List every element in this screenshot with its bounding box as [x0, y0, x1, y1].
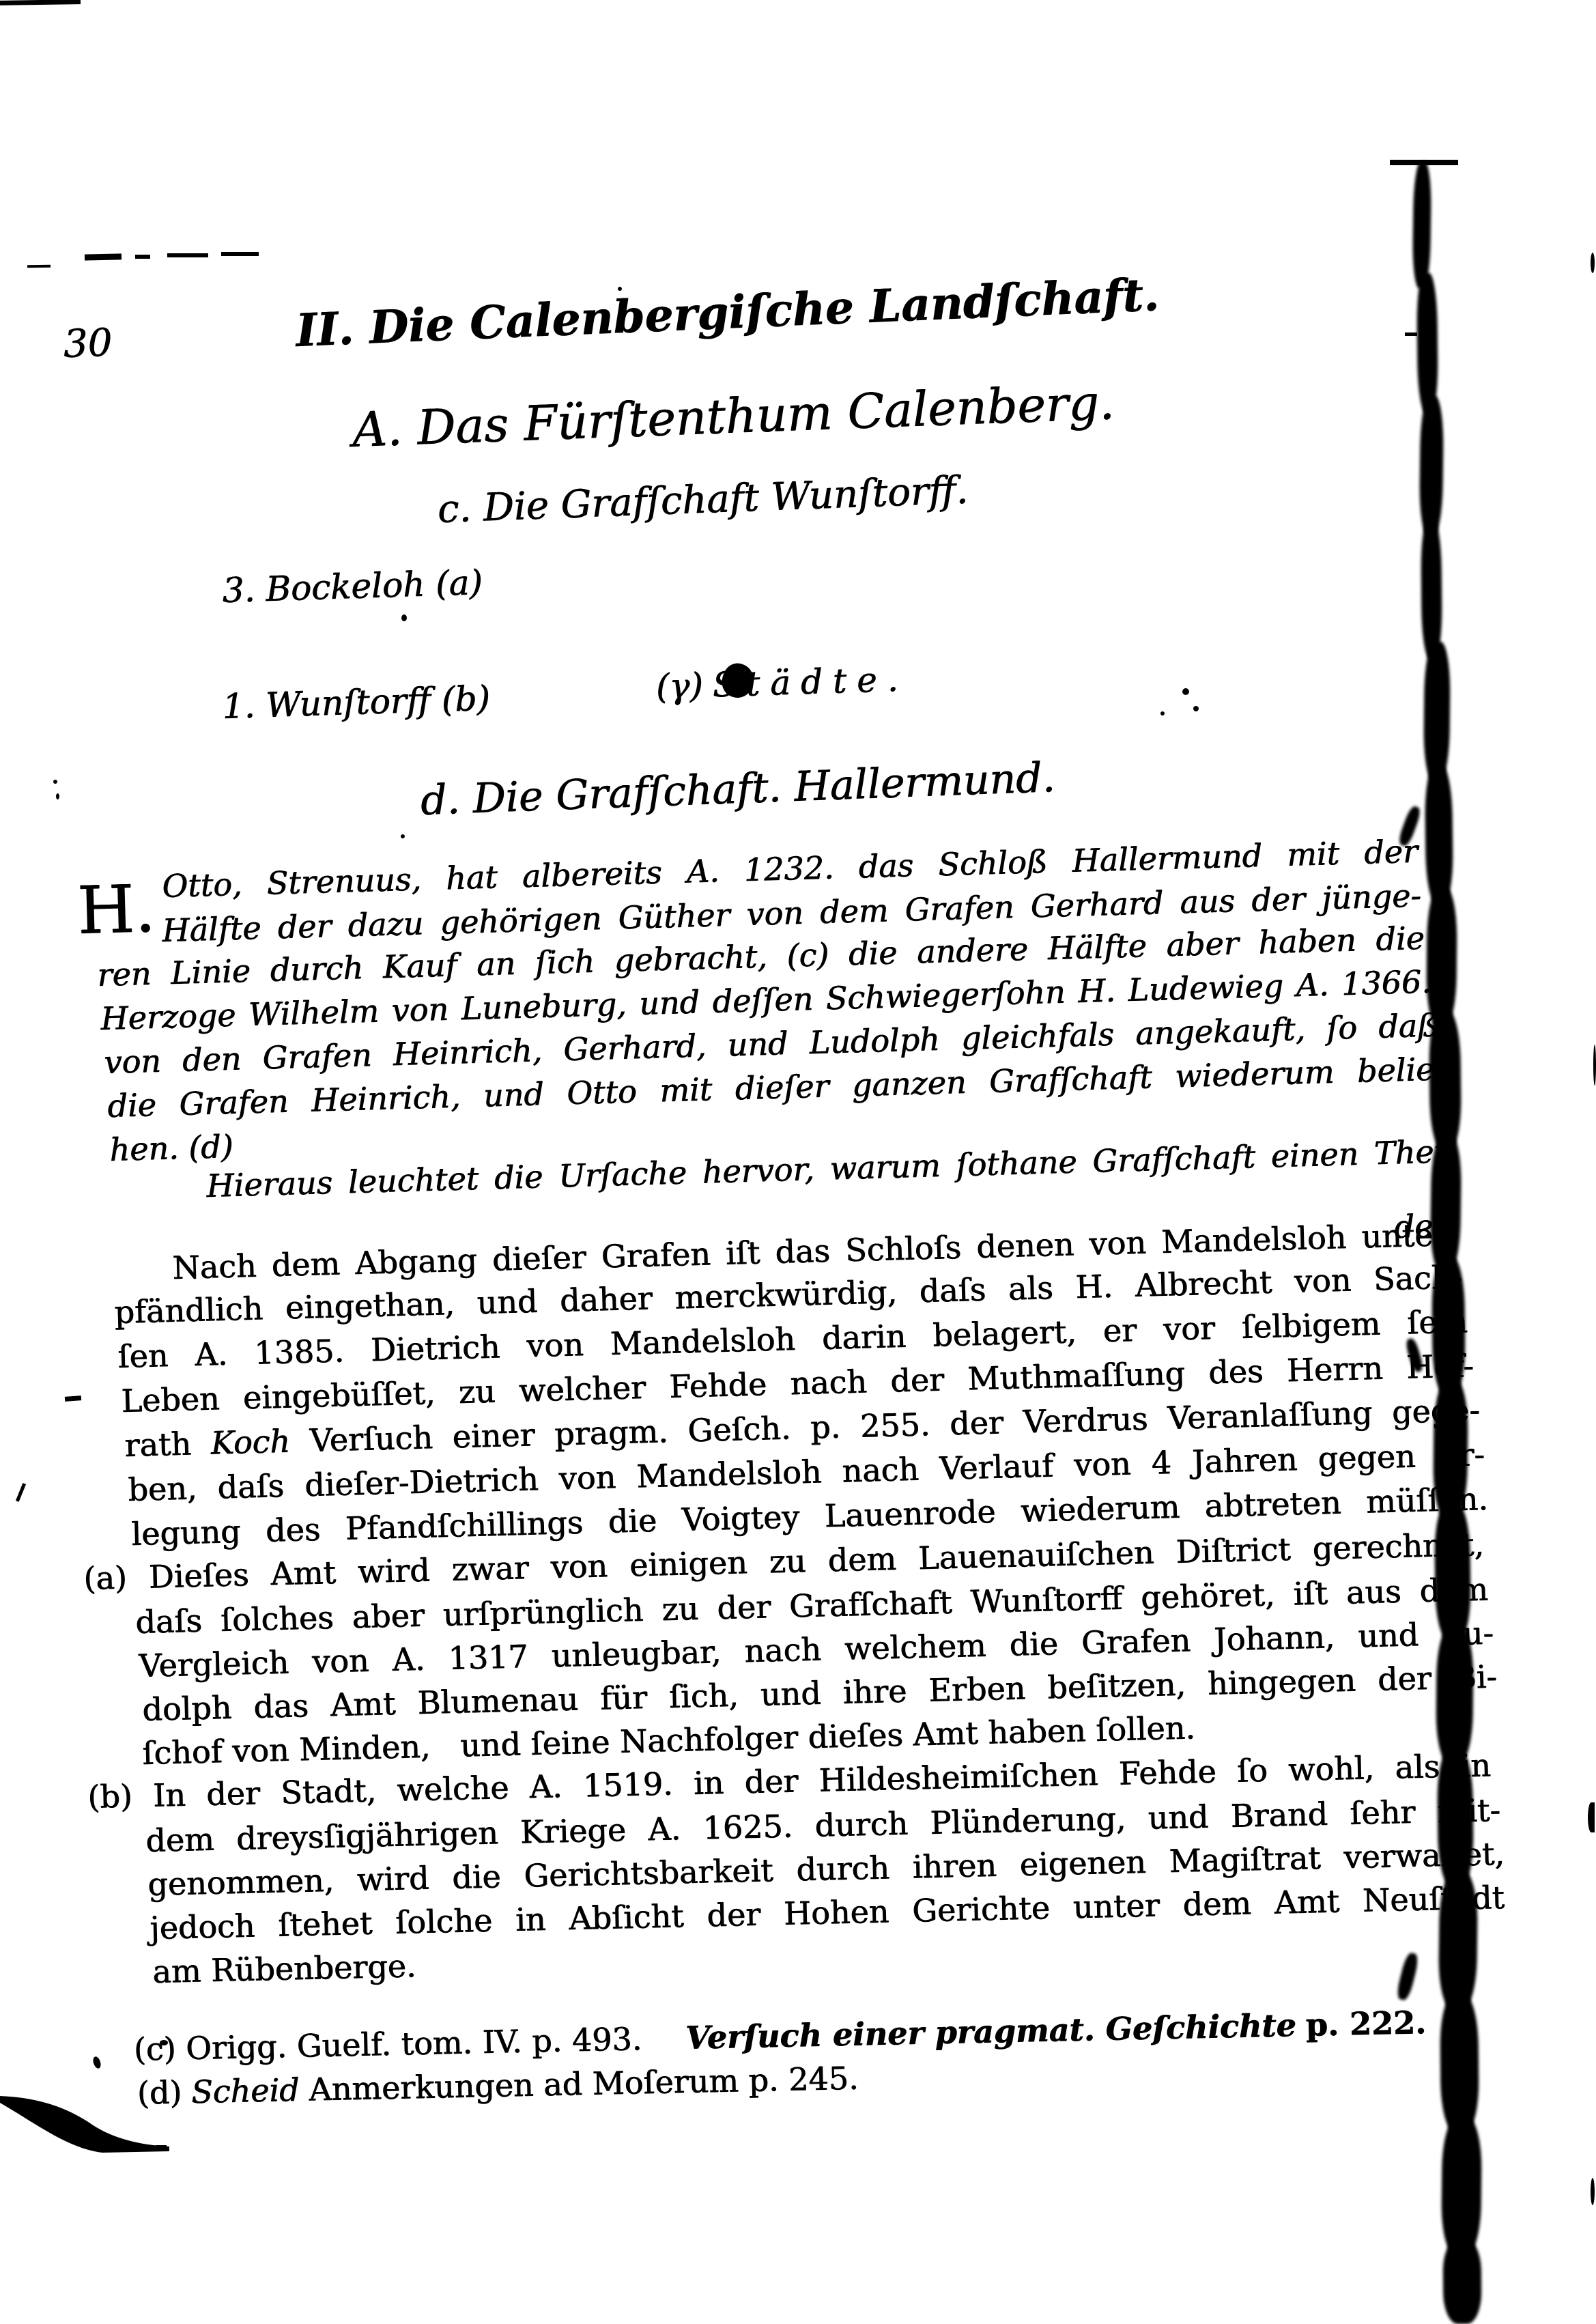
- page-edge-mark: [1588, 1802, 1595, 1832]
- book-gutter-shadow: [1431, 1256, 1466, 1396]
- book-gutter-shadow: [1443, 2239, 1482, 2324]
- book-gutter-shadow: [1437, 1748, 1474, 1888]
- reference-d-author: Scheid: [191, 2071, 300, 2110]
- section-heading: A. Das Fürſtenthum Calenberg.: [352, 376, 1115, 457]
- dropcap-H: H.: [76, 873, 156, 948]
- ink-speck: [1182, 688, 1189, 695]
- footnote-b-line: am Rübenberge.: [152, 1949, 416, 1989]
- scanned-page: 30 II. Die Calenbergiſche Landſchaft. A.…: [0, 0, 1596, 2324]
- top-broken-rule: [221, 252, 259, 256]
- book-gutter-shadow: [1429, 1010, 1462, 1150]
- ink-speck: [401, 614, 407, 621]
- ink-speck: [160, 2040, 168, 2045]
- ink-speck: [56, 793, 59, 799]
- page-edge-mark: [1591, 253, 1595, 273]
- ink-speck: [16, 1483, 26, 1502]
- ink-speck: [618, 287, 622, 291]
- list-item-wunstorff: 1. Wunſtorff (b): [222, 680, 491, 726]
- book-gutter-shadow: [1423, 642, 1451, 782]
- book-gutter-shadow: [1441, 2116, 1482, 2257]
- book-gutter-shadow: [1436, 1625, 1474, 1765]
- cited-author: Koch: [210, 1423, 291, 1462]
- hallermund-heading: d. Die Grafſchaft. Hallermund.: [420, 755, 1056, 823]
- ink-speck: [1193, 706, 1199, 711]
- staedte-prefix: (γ): [655, 666, 704, 707]
- top-broken-rule: [27, 265, 51, 268]
- book-gutter-shadow: [1416, 273, 1438, 413]
- staedte-heading: (γ)Städte.: [611, 623, 910, 745]
- ink-speck: [53, 780, 57, 784]
- book-gutter-shadow: [1433, 1379, 1468, 1520]
- book-gutter-shadow: [1425, 765, 1454, 905]
- ink-speck: [1405, 332, 1417, 336]
- book-gutter-shadow: [1438, 1871, 1479, 2011]
- hallermund-line: hen. (d): [109, 1129, 233, 1167]
- mandelsloh-line-part: rath: [124, 1425, 212, 1464]
- book-gutter-shadow: [1434, 1502, 1472, 1643]
- chapter-heading: II. Die Calenbergiſche Landſchaft.: [295, 270, 1160, 356]
- book-gutter-shadow: [1426, 888, 1457, 1028]
- page-number: 30: [63, 322, 113, 366]
- top-broken-rule: [0, 0, 81, 5]
- book-gutter-shadow: [1419, 396, 1444, 536]
- page-edge-mark: [1591, 2178, 1595, 2205]
- book-gutter-shadow: [1412, 162, 1432, 288]
- top-broken-rule: [85, 253, 122, 260]
- page-corner-ink-mark: [0, 2082, 205, 2164]
- book-gutter-shadow: [1421, 519, 1442, 659]
- page-edge-mark: [1593, 1045, 1596, 1086]
- book-gutter-shadow: [1397, 805, 1422, 848]
- ink-speck: [65, 1395, 81, 1402]
- reference-c-page: p. 222.: [1305, 2004, 1426, 2043]
- subsection-heading: c. Die Grafſchaft Wunſtorff.: [437, 470, 969, 531]
- ink-speck: [401, 834, 405, 838]
- list-item-bockeloh: 3. Bockeloh (a): [222, 564, 483, 610]
- reference-d: (d)ScheidAnmerkungen ad Moſerum p. 245.: [96, 2026, 859, 2146]
- top-broken-rule: [167, 253, 208, 257]
- reference-d-rest: Anmerkungen ad Moſerum p. 245.: [309, 2059, 859, 2108]
- ink-speck: [1160, 711, 1165, 715]
- book-gutter-shadow: [1430, 1133, 1462, 1274]
- hallermund-line: Hieraus leuchtet die Urſache hervor, war…: [206, 1134, 1455, 1204]
- book-gutter-shadow: [1440, 1994, 1479, 2134]
- top-broken-rule: [135, 255, 150, 259]
